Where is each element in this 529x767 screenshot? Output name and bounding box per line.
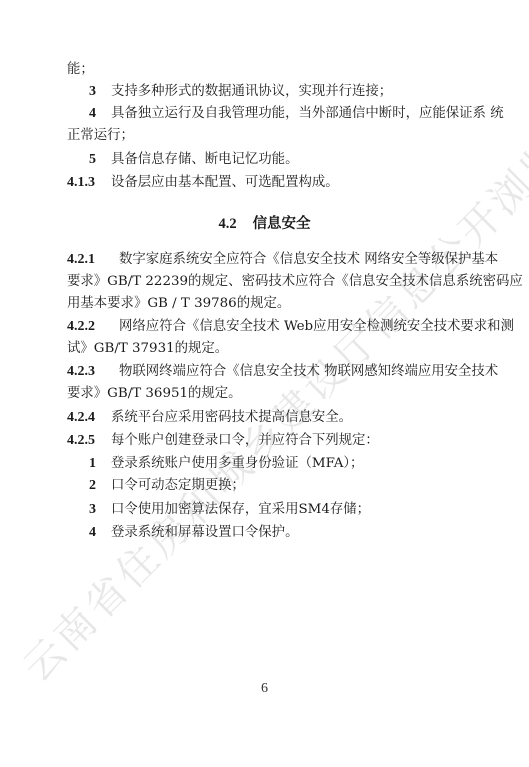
clause-text: 每个账户创建登录口令，并应符合下列规定： <box>111 433 379 448</box>
list-text: 登录系统和屏幕设置口令保护。 <box>111 525 298 540</box>
list-number: 2 <box>89 477 111 495</box>
list-number: 3 <box>89 501 111 519</box>
list-item: 3支持多种形式的数据通讯协议，实现并行连接； <box>89 83 392 101</box>
list-item: 2口令可动态定期更换； <box>89 477 245 495</box>
clause-text: 系统平台应采用密码技术提高信息安全。 <box>111 410 352 425</box>
list-item: 4具备独立运行及自我管理功能，当外部通信中断时，应能保证系 统 <box>89 105 504 123</box>
list-item-continuation: 正常运行； <box>67 127 134 145</box>
clause-number: 4.2.4 <box>67 409 111 427</box>
list-text: 口令可动态定期更换； <box>111 478 245 493</box>
list-item: 3口令使用加密算法保存，宜采用SM4存储； <box>89 501 370 519</box>
list-item: 1登录系统账户使用多重身份验证（MFA）； <box>89 455 363 473</box>
clause-text-line: 试》GB/T 37931的规定。 <box>67 340 228 358</box>
list-number: 1 <box>89 455 111 473</box>
list-text: 支持多种形式的数据通讯协议，实现并行连接； <box>111 84 392 99</box>
list-number: 4 <box>89 105 111 123</box>
section-number: 4.2 <box>218 216 236 232</box>
clause-number: 4.2.1 <box>67 251 119 269</box>
section-heading: 4.2信息安全 <box>0 212 529 233</box>
list-text: 具备独立运行及自我管理功能，当外部通信中断时，应能保证系 统 <box>111 106 504 121</box>
clause-4-2-3: 4.2.3物联网终端应符合《信息安全技术 物联网感知终端应用安全技术 <box>67 363 498 381</box>
clause-text: 网络应符合《信息安全技术 Web应用安全检测统安全技术要求和测 <box>119 319 514 334</box>
clause-4-2-1: 4.2.1数字家庭系统安全应符合《信息安全技术 网络安全等级保护基本 <box>67 251 498 269</box>
clause-number: 4.2.2 <box>67 318 119 336</box>
clause-text-line: 要求》GB/T 22239的规定、密码技术应符合《信息安全技术信息系统密码应 <box>67 273 523 291</box>
clause-4-2-2: 4.2.2网络应符合《信息安全技术 Web应用安全检测统安全技术要求和测 <box>67 318 514 336</box>
list-number: 5 <box>89 151 111 169</box>
page-number: 6 <box>0 681 529 697</box>
section-title: 信息安全 <box>253 215 311 232</box>
list-number: 3 <box>89 83 111 101</box>
continuation-text: 能； <box>67 61 94 79</box>
list-number: 4 <box>89 524 111 542</box>
clause-text: 设备层应由基本配置、可选配置构成。 <box>111 175 339 190</box>
clause-number: 4.2.5 <box>67 432 111 450</box>
clause-text: 数字家庭系统安全应符合《信息安全技术 网络安全等级保护基本 <box>119 252 498 267</box>
clause-text-line: 用基本要求》GB / T 39786的规定。 <box>67 295 290 313</box>
clause-4-2-5: 4.2.5每个账户创建登录口令，并应符合下列规定： <box>67 432 379 450</box>
clause-text: 物联网终端应符合《信息安全技术 物联网感知终端应用安全技术 <box>119 364 498 379</box>
clause-number: 4.2.3 <box>67 363 119 381</box>
clause-number: 4.1.3 <box>67 174 111 192</box>
document-page: 能； 3支持多种形式的数据通讯协议，实现并行连接； 4具备独立运行及自我管理功能… <box>0 0 529 767</box>
list-item: 5具备信息存储、断电记忆功能。 <box>89 151 298 169</box>
clause-text-line: 要求》GB/T 36951的规定。 <box>67 385 242 403</box>
list-item: 4登录系统和屏幕设置口令保护。 <box>89 524 298 542</box>
clause-4-2-4: 4.2.4系统平台应采用密码技术提高信息安全。 <box>67 409 352 427</box>
list-text: 登录系统账户使用多重身份验证（MFA）； <box>111 456 363 471</box>
list-text: 口令使用加密算法保存，宜采用SM4存储； <box>111 502 370 517</box>
clause-4-1-3: 4.1.3设备层应由基本配置、可选配置构成。 <box>67 174 339 192</box>
list-text: 具备信息存储、断电记忆功能。 <box>111 152 298 167</box>
